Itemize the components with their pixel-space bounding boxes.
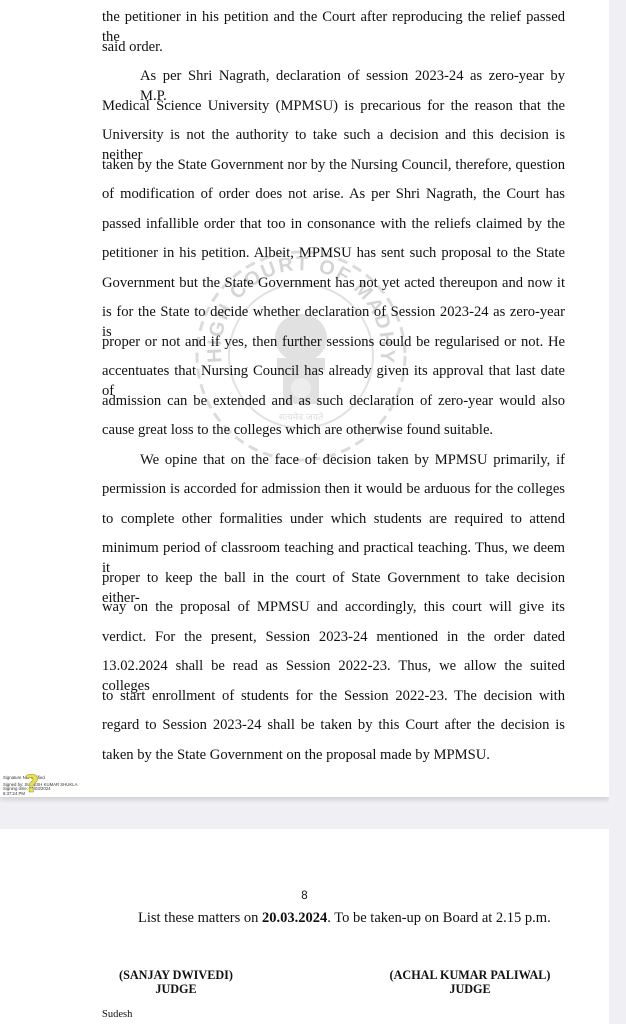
text-line-content: to start enrollment of students for the …	[102, 686, 565, 706]
text-line: proper to keep the ball in the court of …	[102, 568, 565, 598]
text-line: accentuates that Nursing Council has alr…	[102, 361, 565, 391]
text-line-content: admission can be extended and as such de…	[102, 391, 565, 411]
text-line-content: of modification of order does not arise.…	[102, 184, 565, 204]
text-line: to complete other formalities under whic…	[102, 509, 565, 539]
text-line: minimum period of classroom teaching and…	[102, 538, 565, 568]
listing-order: List these matters on 20.03.2024. To be …	[138, 910, 551, 927]
text-line-content: taken by the State Government nor by the…	[102, 155, 565, 175]
signature-clock: 6:37:24 PM	[3, 792, 83, 797]
text-line: As per Shri Nagrath, declaration of sess…	[102, 66, 565, 96]
text-line-content: passed infallible order that too in cons…	[102, 214, 565, 234]
judge-name: (ACHAL KUMAR PALIWAL)	[380, 968, 560, 982]
text-line: cause great loss to the colleges which a…	[102, 420, 565, 450]
text-line-content: Government but the State Government has …	[102, 273, 565, 293]
text-line-content: cause great loss to the colleges which a…	[102, 420, 565, 440]
text-line: of modification of order does not arise.…	[102, 184, 565, 214]
judge-signature-right: (ACHAL KUMAR PALIWAL) JUDGE	[380, 968, 560, 996]
text-line-content: way on the proposal of MPMSU and accordi…	[102, 597, 565, 617]
judge-title: JUDGE	[380, 982, 560, 996]
scrollbar-track[interactable]	[609, 0, 626, 1024]
text-line: Medical Science University (MPMSU) is pr…	[102, 96, 565, 126]
text-line-content: verdict. For the present, Session 2023-2…	[102, 627, 565, 647]
text-line: taken by the State Government on the pro…	[102, 745, 565, 775]
text-line: petitioner in his petition. Albeit, MPMS…	[102, 243, 565, 273]
text-line: We opine that on the face of decision ta…	[102, 450, 565, 480]
text-line-content: petitioner in his petition. Albeit, MPMS…	[102, 243, 565, 263]
text-line: permission is accorded for admission the…	[102, 479, 565, 509]
signature-status: Signature Not Verified	[3, 776, 83, 781]
text-line: is for the State to decide whether decla…	[102, 302, 565, 332]
body-text: the petitioner in his petition and the C…	[102, 7, 565, 774]
text-line-content: to complete other formalities under whic…	[102, 509, 565, 529]
text-line: the petitioner in his petition and the C…	[102, 7, 565, 37]
listing-date: 20.03.2024	[262, 910, 327, 926]
question-mark-icon: ?	[25, 772, 39, 796]
text-line: said order.	[102, 37, 565, 67]
text-line: University is not the authority to take …	[102, 125, 565, 155]
judge-name: (SANJAY DWIVEDI)	[112, 968, 240, 982]
text-line-content: proper or not and if yes, then further s…	[102, 332, 565, 352]
judge-title: JUDGE	[112, 982, 240, 996]
clerk-initials: Sudesh	[102, 1009, 132, 1020]
listing-prefix: List these matters on	[138, 910, 262, 926]
document-page-7: the petitioner in his petition and the C…	[0, 0, 609, 797]
digital-signature-stamp[interactable]: Signature Not Verified Signed by: SUDESH…	[3, 776, 83, 796]
text-line-content: Medical Science University (MPMSU) is pr…	[102, 96, 565, 116]
text-line-content: regard to Session 2023-24 shall be taken…	[102, 715, 565, 735]
document-page-8: 8 List these matters on 20.03.2024. To b…	[0, 829, 609, 1024]
text-line: to start enrollment of students for the …	[102, 686, 565, 716]
text-line-content: permission is accorded for admission the…	[102, 479, 565, 499]
listing-suffix: . To be taken-up on Board at 2.15 p.m.	[327, 910, 550, 926]
text-line-content: We opine that on the face of decision ta…	[140, 450, 565, 470]
text-line-content: taken by the State Government on the pro…	[102, 745, 565, 765]
text-line: Government but the State Government has …	[102, 273, 565, 303]
text-line: verdict. For the present, Session 2023-2…	[102, 627, 565, 657]
text-line: admission can be extended and as such de…	[102, 391, 565, 421]
text-line: way on the proposal of MPMSU and accordi…	[102, 597, 565, 627]
text-line-content: said order.	[102, 37, 565, 57]
page-number: 8	[0, 890, 609, 902]
text-line: passed infallible order that too in cons…	[102, 214, 565, 244]
text-line: regard to Session 2023-24 shall be taken…	[102, 715, 565, 745]
judge-signature-left: (SANJAY DWIVEDI) JUDGE	[112, 968, 240, 996]
text-line: taken by the State Government nor by the…	[102, 155, 565, 185]
text-line: proper or not and if yes, then further s…	[102, 332, 565, 362]
text-line: 13.02.2024 shall be read as Session 2022…	[102, 656, 565, 686]
